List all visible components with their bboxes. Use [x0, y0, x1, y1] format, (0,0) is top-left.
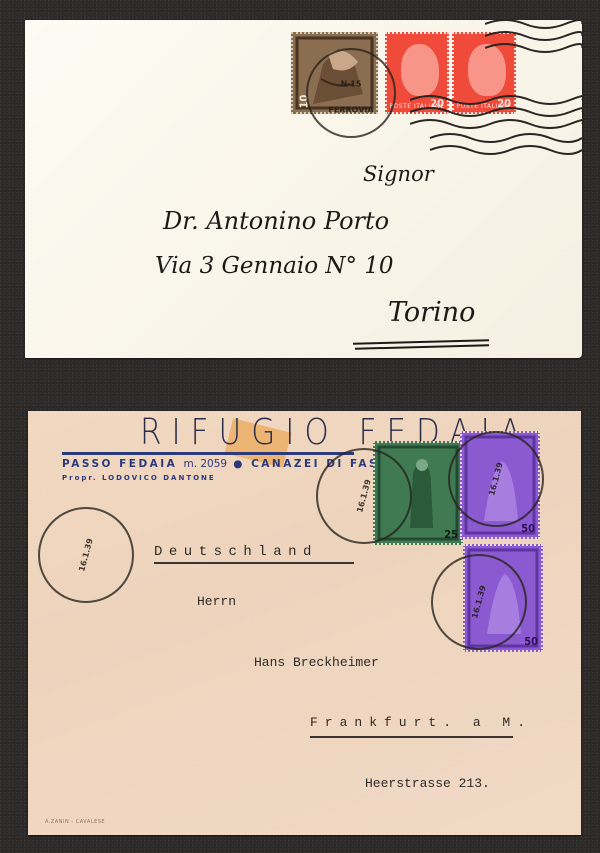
portrait-head-icon [401, 44, 439, 96]
address-country: Deutschland [154, 544, 318, 560]
address-city: Frankfurt. a M. [310, 715, 532, 730]
cover-rifugio-fedaia: RIFUGIO FEDAIA PASSO FEDAIA m. 2059 ● CA… [28, 411, 581, 835]
address-name: Hans Breckheimer [254, 655, 379, 670]
cover-italy-torino: 10 POSTE ITALIANE 20 POSTE ITALIANE 20 F… [25, 20, 582, 358]
city-underline [310, 736, 513, 738]
letterhead-pass: PASSO FEDAIA [62, 458, 177, 470]
address-salutation: Signor [363, 162, 434, 186]
stamp-value: 25 [444, 528, 458, 541]
postmark-date: 16.1.39 [480, 433, 513, 524]
letterhead-proprietor: Propr. LODOVICO DANTONE [62, 474, 216, 482]
address-name: Dr. Antonino Porto [163, 207, 389, 235]
postmark-text: N·15 [308, 80, 394, 89]
postmark-text: FERROVIA [308, 106, 394, 115]
postmark-date: 16.1.39 [348, 450, 381, 541]
postmark-canazei: 16.1.39 [431, 554, 527, 650]
postmark-canazei: 16.1.39 [316, 448, 412, 544]
stamp-value: 50 [524, 635, 538, 648]
address-street: Heerstrasse 213. [365, 776, 490, 791]
address-street: Via 3 Gennaio N° 10 [155, 253, 394, 279]
wavy-cancel-lines-icon [410, 90, 582, 170]
stamp-value: 50 [521, 522, 535, 535]
postmark-canazei: 16.1.39 [38, 507, 134, 603]
address-city: Torino [388, 297, 475, 328]
letterhead-altitude: m. 2059 [183, 458, 227, 470]
city-underline [355, 344, 489, 350]
printer-imprint: A.ZANIN - CAVALESE [45, 819, 105, 825]
wavy-cancel-lines-icon [485, 14, 582, 64]
country-underline [154, 562, 354, 564]
address-title: Herrn [197, 594, 236, 609]
letterhead-separator: ● [233, 458, 245, 470]
postmark-date: 16.1.39 [70, 509, 103, 600]
letterhead-rule [62, 452, 354, 455]
postmark-ferrovia: FERROVIA N·15 [306, 48, 396, 138]
postmark-canazei: 16.1.39 [448, 431, 544, 527]
postmark-date: 16.1.39 [463, 556, 496, 647]
